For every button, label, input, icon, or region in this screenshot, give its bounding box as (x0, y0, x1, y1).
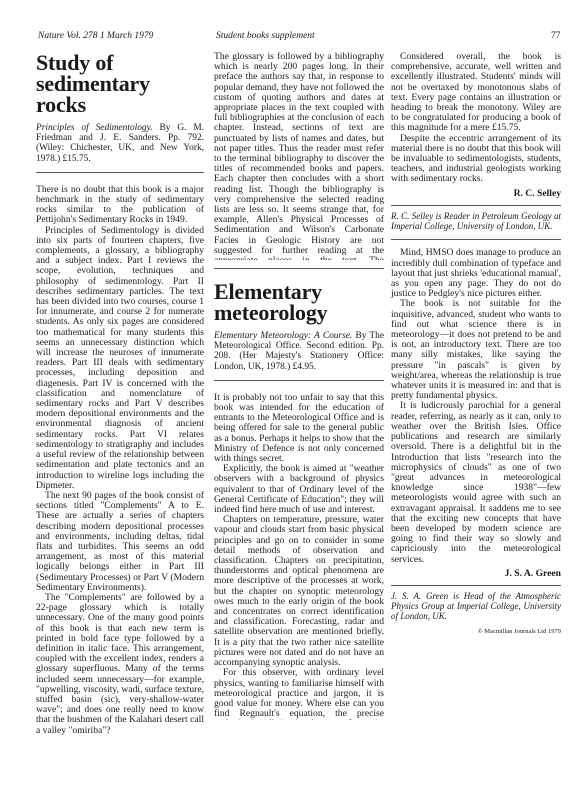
review1-paragraph: The "Complements" are followed by a 22-p… (36, 593, 204, 736)
review2-paragraph: The book is not suitable for the inquisi… (391, 299, 561, 401)
column-1: Study of sedimentary rocks Principles of… (36, 52, 204, 736)
copyright: © Macmillan Journals Ltd 1979 (391, 627, 561, 637)
review1-paragraph: The next 90 pages of the book consist of… (36, 491, 204, 593)
review2-author-note: J. S. A. Green is Head of the Atmospheri… (391, 592, 561, 621)
divider (391, 239, 561, 240)
review2-paragraph: For this observer, with ordinary level p… (214, 668, 384, 720)
review2-bibliographic-entry: Elementary Meteorology: A Course. By The… (214, 331, 384, 372)
divider (36, 172, 204, 173)
review1-title: Study of sedimentary rocks (36, 52, 204, 115)
review2-paragraph: Chapters on temperature, pressure, water… (214, 515, 384, 668)
section-header: Student books supplement (216, 31, 315, 41)
review2-paragraph: Mind, HMSO does manage to produce an inc… (391, 248, 561, 299)
column-2: The glossary is followed by a bibliograp… (214, 52, 384, 720)
divider (214, 268, 384, 269)
journal-header: Nature Vol. 278 1 March 1979 (38, 31, 153, 41)
review2-paragraph: It is probably not too unfair to say tha… (214, 393, 384, 464)
review1-paragraph: Principles of Sedimentology is divided i… (36, 226, 204, 491)
review1-paragraph: The glossary is followed by a bibliograp… (214, 52, 384, 260)
review2-paragraph: Explicitly, the book is aimed at "weathe… (214, 464, 384, 515)
divider (391, 585, 561, 586)
divider (214, 380, 384, 381)
review1-paragraph: Considered overall, the book is comprehe… (391, 52, 561, 134)
review1-paragraph: Despite the eccentric arrangement of its… (391, 134, 561, 185)
review2-signature: J. S. A. Green (391, 569, 561, 579)
review1-bibliographic-entry: Principles of Sedimentology. By G. M. Fr… (36, 123, 204, 164)
review1-signature: R. C. Selley (391, 189, 561, 199)
review2-paragraph: It is ludicrously parochial for a genera… (391, 401, 561, 564)
review2-title: Elementary meteorology (214, 281, 384, 323)
page-number: 77 (551, 31, 561, 41)
review1-author-note: R. C. Selley is Reader in Petroleum Geol… (391, 212, 561, 232)
review1-paragraph: There is no doubt that this book is a ma… (36, 185, 204, 226)
divider (391, 205, 561, 206)
column-3: Considered overall, the book is comprehe… (391, 52, 561, 638)
